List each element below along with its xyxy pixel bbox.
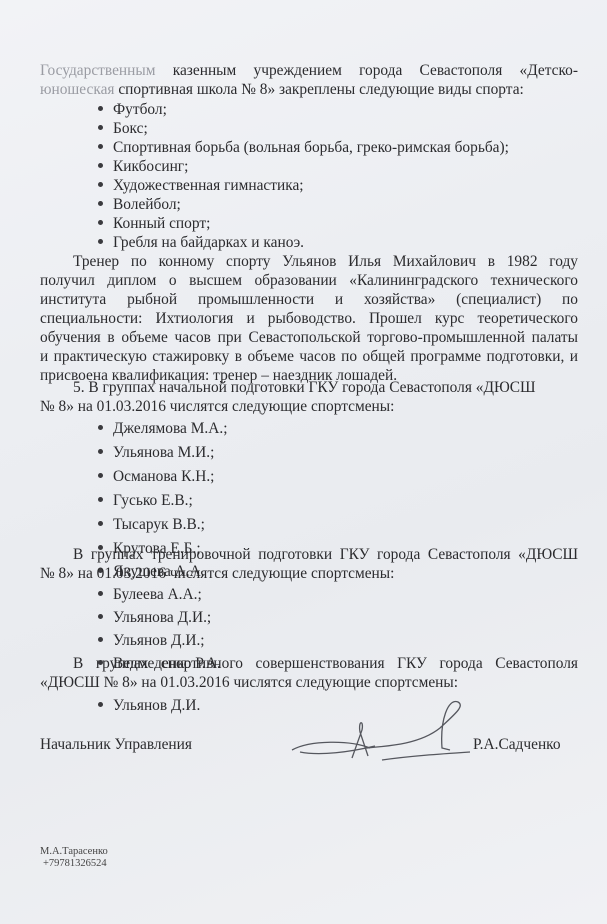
bullet-icon [98, 201, 103, 206]
section-heading-line: № 8» на 01.03.2016 числятся следующие сп… [40, 564, 578, 583]
bullet-icon [98, 702, 103, 707]
bullet-icon [98, 163, 103, 168]
document-page: Государственным казенным учреждением гор… [0, 0, 607, 924]
list-item: Тысарук В.В.; [98, 515, 205, 534]
paragraph-line: и практическую стажировку в объеме часов… [40, 347, 578, 366]
bullet-icon [98, 521, 103, 526]
list-item: Волейбол; [98, 195, 181, 214]
list-item: Османова К.Н.; [98, 467, 214, 486]
list-item: Булеева А.А.; [98, 585, 202, 604]
paragraph-line: обучения в объеме часов при Севастопольс… [40, 328, 578, 347]
list-item: Футбол; [98, 100, 167, 119]
list-item: Спортивная борьба (вольная борьба, греко… [98, 138, 509, 157]
intro-line-2: юношеская спортивная школа № 8» закрепле… [40, 80, 578, 99]
paragraph-line: получил диплом о высшем образовании «Кал… [40, 271, 578, 290]
section-heading-line: В группах тренировочной подготовки ГКУ г… [73, 545, 578, 564]
bullet-icon [98, 182, 103, 187]
bullet-icon [98, 591, 103, 596]
bullet-icon [98, 106, 103, 111]
bullet-icon [98, 449, 103, 454]
bullet-icon [98, 144, 103, 149]
list-item: Ульянова Д.И.; [98, 608, 211, 627]
list-item: Ведмеденко Р.А. [98, 654, 221, 673]
section-heading-line: «ДЮСШ № 8» на 01.03.2016 числятся следую… [40, 673, 578, 692]
paragraph-line: института рыбной промышленности и хозяйс… [40, 290, 578, 309]
bullet-icon [98, 497, 103, 502]
paragraph-line: Тренер по конному спорту Ульянов Илья Ми… [73, 252, 578, 271]
list-item: Художественная гимнастика; [98, 176, 304, 195]
section-heading-line: 5. В группах начальной подготовки ГКУ го… [73, 378, 578, 397]
bullet-icon [98, 239, 103, 244]
section-heading-line: № 8» на 01.03.2016 числятся следующие сп… [40, 397, 578, 416]
bullet-icon [98, 425, 103, 430]
bullet-icon [98, 614, 103, 619]
signatory-name: Р.А.Садченко [473, 735, 561, 754]
list-item: Кикбосинг; [98, 157, 188, 176]
list-item: Гусько Е.В.; [98, 491, 193, 510]
list-item: Ульянова М.И.; [98, 443, 214, 462]
bullet-icon [98, 125, 103, 130]
list-item: Джелямова М.А.; [98, 419, 227, 438]
bullet-icon [98, 220, 103, 225]
bullet-icon [98, 637, 103, 642]
list-item: Бокс; [98, 119, 148, 138]
paragraph-line: специальности: Ихтиология и рыбоводство.… [40, 309, 578, 328]
list-item: Ульянов Д.И. [98, 696, 200, 715]
list-item: Гребля на байдарках и каноэ. [98, 233, 304, 252]
signatory-position: Начальник Управления [40, 735, 192, 754]
bullet-icon [98, 473, 103, 478]
intro-line-1: Государственным казенным учреждением гор… [40, 61, 578, 80]
list-item: Ульянов Д.И.; [98, 631, 205, 650]
bullet-icon [98, 660, 103, 665]
list-item: Конный спорт; [98, 214, 210, 233]
executor-name: М.А.Тарасенко [40, 846, 108, 858]
handwritten-signature [290, 700, 470, 770]
executor-phone: +79781326524 [43, 858, 107, 870]
